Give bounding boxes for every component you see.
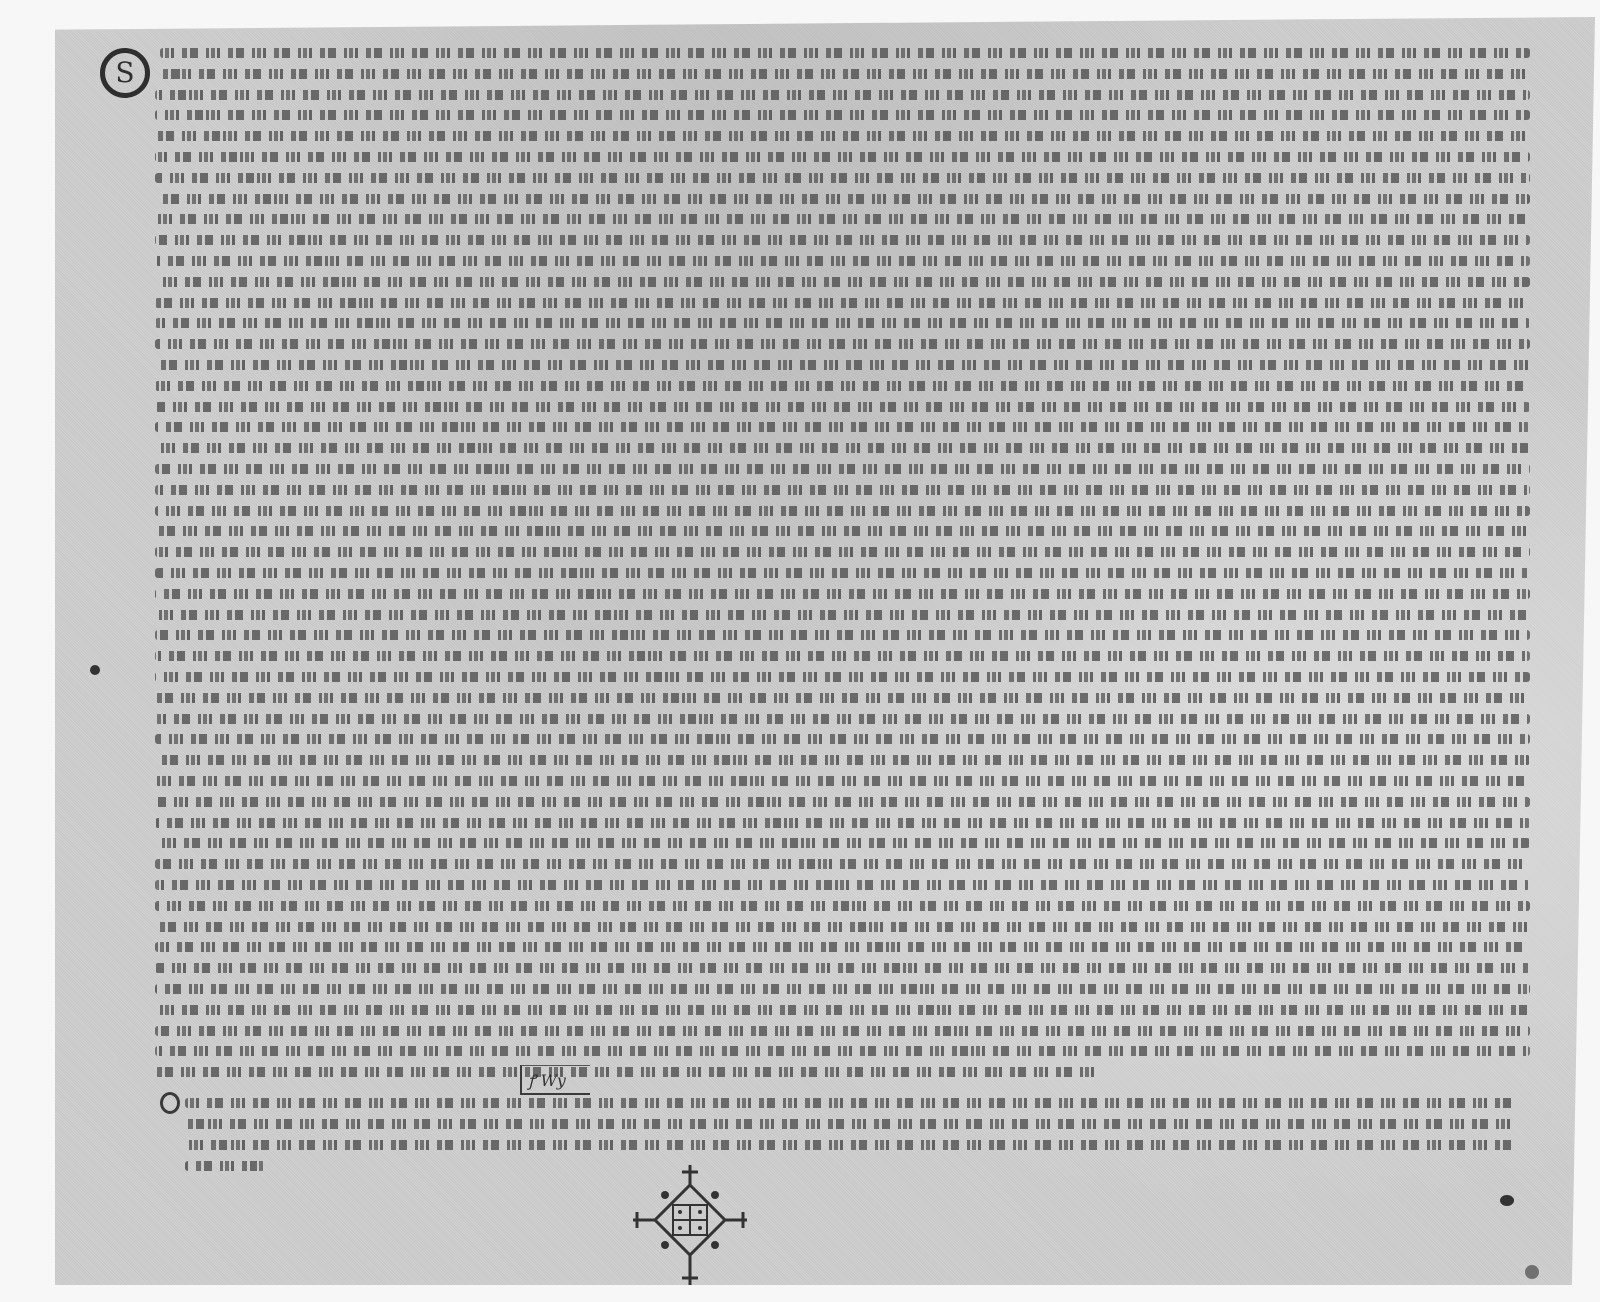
script-line — [185, 1140, 1515, 1150]
script-line — [155, 485, 1530, 495]
script-line — [155, 152, 1530, 162]
script-line — [155, 298, 1530, 308]
script-line — [155, 859, 1530, 869]
script-line — [155, 880, 1530, 890]
script-line — [155, 214, 1530, 224]
script-line — [155, 922, 1530, 932]
script-line — [155, 963, 1530, 973]
notarial-sign-icon — [625, 1160, 755, 1290]
script-line — [155, 1046, 1530, 1056]
signature-mark: ꝭ Wy — [520, 1065, 590, 1095]
script-line — [155, 402, 1530, 412]
script-line — [185, 1098, 1515, 1108]
script-line — [155, 256, 1530, 266]
script-line — [155, 339, 1530, 349]
decorated-initial: S — [100, 48, 150, 98]
script-line — [155, 464, 1530, 474]
script-line — [155, 1067, 1100, 1077]
script-line — [155, 235, 1530, 245]
script-line — [155, 755, 1530, 765]
script-line — [155, 506, 1530, 516]
script-line — [155, 942, 1530, 952]
script-line — [155, 776, 1530, 786]
script-line — [155, 838, 1530, 848]
ink-blot — [1525, 1265, 1539, 1279]
script-line — [155, 277, 1530, 287]
script-line — [155, 610, 1530, 620]
script-line — [155, 984, 1530, 994]
script-line — [155, 318, 1530, 328]
script-line — [155, 1005, 1530, 1015]
script-line — [155, 734, 1530, 744]
script-line — [155, 526, 1530, 536]
script-line — [160, 69, 1530, 79]
script-line — [155, 360, 1530, 370]
script-line — [155, 568, 1530, 578]
script-line — [155, 422, 1530, 432]
ink-blot — [90, 665, 100, 675]
script-line — [155, 131, 1530, 141]
script-line — [155, 1026, 1530, 1036]
ink-blot — [1500, 1195, 1514, 1206]
script-line — [155, 90, 1530, 100]
script-line — [160, 48, 1530, 58]
script-line — [155, 547, 1530, 557]
script-line — [155, 381, 1530, 391]
script-line — [155, 173, 1530, 183]
script-line — [155, 797, 1530, 807]
script-line — [155, 630, 1530, 640]
script-line — [185, 1119, 1515, 1129]
script-line — [185, 1161, 265, 1171]
closing-initial — [160, 1092, 180, 1114]
script-line — [155, 901, 1530, 911]
script-line — [155, 443, 1530, 453]
script-line — [155, 672, 1530, 682]
script-line — [155, 818, 1530, 828]
script-line — [155, 693, 1530, 703]
script-line — [155, 714, 1530, 724]
script-line — [155, 589, 1530, 599]
script-line — [155, 194, 1530, 204]
script-line — [155, 110, 1530, 120]
script-line — [155, 651, 1530, 661]
